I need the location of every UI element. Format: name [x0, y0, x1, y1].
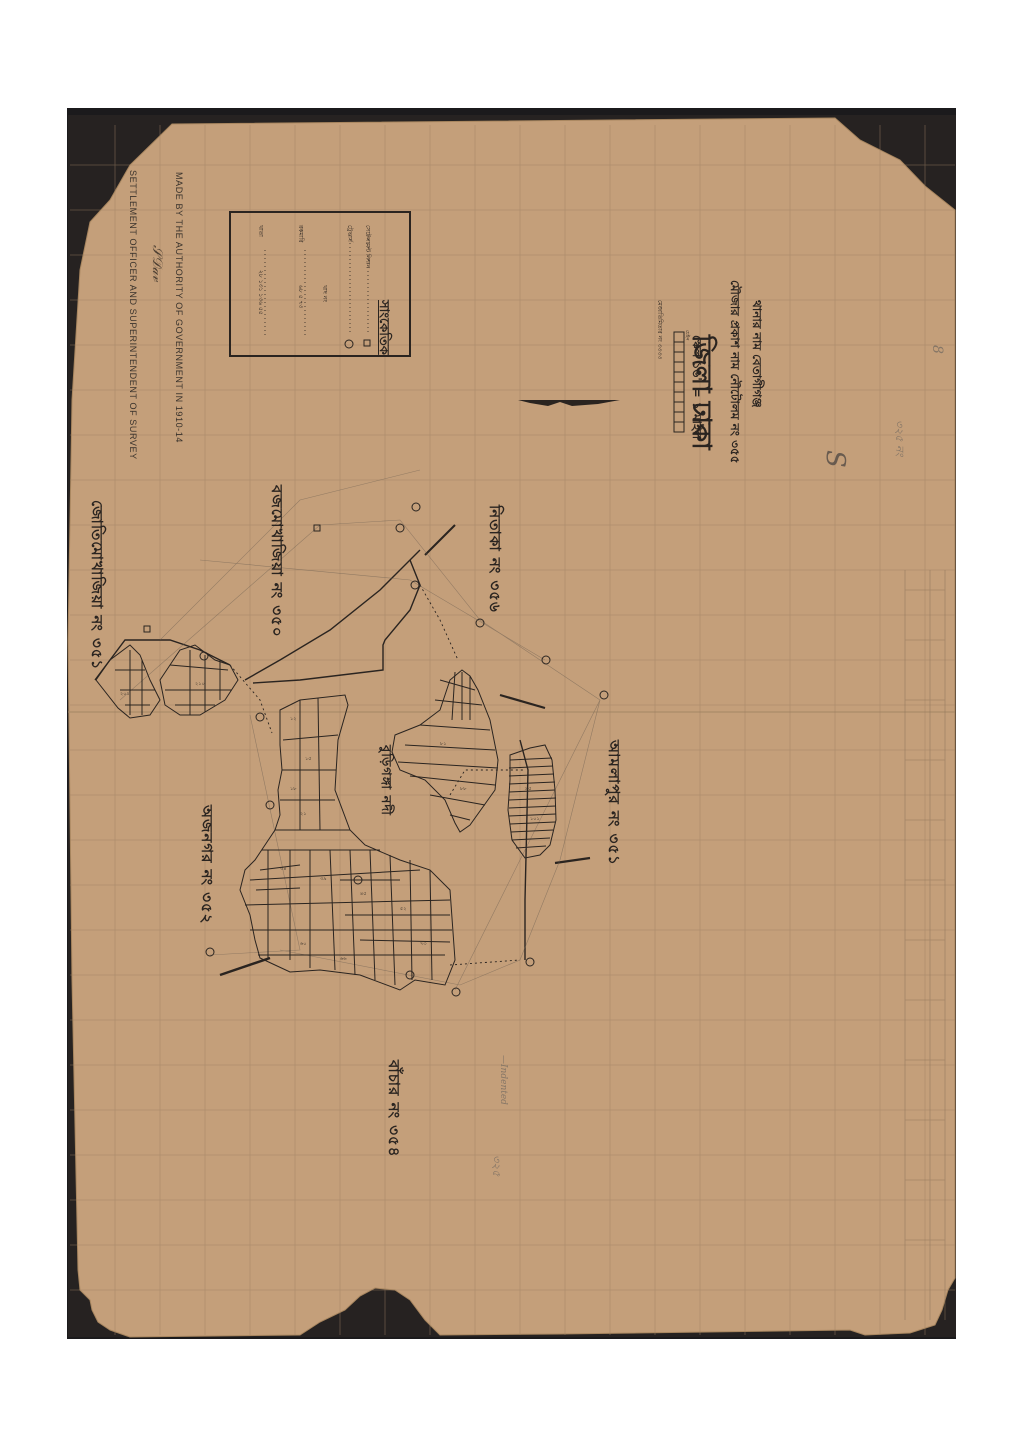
svg-text:১৫: ১৫	[305, 756, 312, 762]
legend-item-traverse: ট্রেভার্স	[344, 225, 355, 242]
title-line1: থানার নাম বেতাগীগঞ্জ	[745, 300, 765, 408]
svg-text:৭৩: ৭৩	[420, 941, 427, 947]
legend-item-khata: খাতা	[255, 225, 266, 237]
mouza-label-bachar: বাঁচার নং ৩৫৪	[380, 1060, 405, 1157]
title-line2: মৌজার প্রকাশ নাম নৌটোলম নং ৩৫৫	[723, 280, 743, 464]
svg-text:১২: ১২	[290, 716, 297, 722]
svg-text:১০১: ১০১	[530, 816, 540, 822]
pencil-note-s: S	[820, 450, 850, 468]
svg-text:৮৮: ৮৮	[460, 786, 467, 792]
officer-signature: 𝒮𝒟𝒶𝓋	[149, 245, 165, 282]
map-sheet: ১২১৫১৮ ২১৩৪৩৯ ৪৫৫২৬০ ৬৬৭৩৮১ ৮৮৯৫১০১ ২০১২…	[0, 0, 1024, 1447]
svg-text:৩৪: ৩৪	[280, 866, 287, 872]
legend-heading: সাংকেতিক	[372, 300, 393, 355]
svg-text:৯৫: ৯৫	[525, 786, 532, 792]
svg-text:২১০: ২১০	[195, 681, 205, 687]
svg-text:২০১: ২০১	[120, 691, 130, 697]
mouza-label-nitaka: নিতাকা নং ৩৫৬	[481, 505, 506, 613]
mouza-label-ojnagar: অজনগর নং ৩৫২	[193, 805, 218, 925]
mouza-label-jotimokhajia: জোতিমোখাজিয়া নং ৩৫১	[83, 500, 108, 670]
svg-text:২১: ২১	[300, 811, 307, 817]
imprint-authority: MADE BY THE AUTHORITY OF GOVERNMENT IN 1…	[174, 172, 184, 443]
legend-item-khata-value: ২৮ ১৩১ ১৩৬ ৫৫	[255, 270, 266, 315]
svg-text:৬৬: ৬৬	[340, 956, 347, 962]
imprint-officer: SETTLEMENT OFFICER AND SUPERINTENDENT OF…	[128, 170, 138, 460]
sheet-note: মেজাতিমিতার নং ৩৩৩৩	[654, 300, 665, 359]
pencil-note-8: 8	[929, 345, 945, 354]
svg-text:৫২: ৫২	[400, 906, 407, 912]
scale-text: স্কেল ১৬" = ১ মাইল	[685, 335, 705, 439]
legend-item-rokomari: রকমারি	[295, 225, 306, 243]
svg-text:১৮: ১৮	[290, 786, 297, 792]
svg-text:৩৯: ৩৯	[320, 876, 327, 882]
pencil-note-325: ৩২৫	[486, 1155, 505, 1176]
svg-text:৪৫: ৪৫	[360, 891, 367, 897]
scale-bar-label: চেইন	[682, 330, 690, 340]
pencil-note-325-no: ৩২৫ নং	[889, 420, 908, 456]
legend-item-settlement-mark: সেটেলমেন্ট নিশান	[362, 225, 373, 268]
mouza-label-amlapur: আমলাপুর নং ৩৫১	[600, 740, 625, 866]
svg-text:৬০: ৬০	[300, 941, 307, 947]
svg-text:৮১: ৮১	[440, 741, 447, 747]
pencil-note-indented: —Indented	[498, 1055, 508, 1105]
mouza-label-bojmokhajia: বজমোখাজিয়া নং ৩৫০	[263, 485, 288, 638]
river-label: বুড়িগঙ্গা নদী	[374, 745, 395, 816]
legend-item-rokomari-value: ৬৮ ৫ ৭৩	[295, 285, 306, 308]
legend-item-khad: খাদ নং	[319, 285, 330, 302]
